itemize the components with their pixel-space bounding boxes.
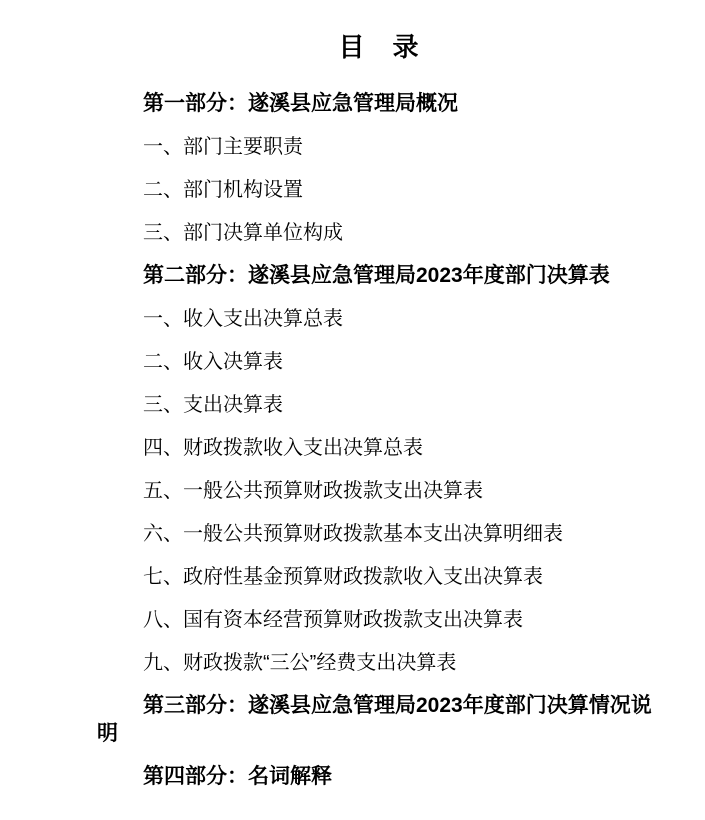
toc-entry-part1-item-2: 二、部门机构设置: [97, 176, 661, 204]
toc-entry-part2-item-7: 七、政府性基金预算财政拨款收入支出决算表: [97, 563, 661, 591]
document-page: 目 录 第一部分：遂溪县应急管理局概况 一、部门主要职责 二、部门机构设置 三、…: [0, 0, 705, 820]
toc-entry-part-4: 第四部分：名词解释: [97, 763, 661, 791]
toc-entry-part-1: 第一部分：遂溪县应急管理局概况: [97, 90, 661, 118]
toc-entry-part2-item-5: 五、一般公共预算财政拨款支出决算表: [97, 477, 661, 505]
toc-title: 目 录: [97, 28, 661, 66]
toc-entry-part2-item-9: 九、财政拨款“三公”经费支出决算表: [97, 649, 661, 677]
toc-content: 目 录 第一部分：遂溪县应急管理局概况 一、部门主要职责 二、部门机构设置 三、…: [0, 0, 705, 791]
toc-entry-part1-item-3: 三、部门决算单位构成: [97, 219, 661, 247]
toc-entry-part2-item-4: 四、财政拨款收入支出决算总表: [97, 434, 661, 462]
toc-entry-part-2: 第二部分：遂溪县应急管理局2023年度部门决算表: [97, 262, 661, 290]
toc-entry-part2-item-6: 六、一般公共预算财政拨款基本支出决算明细表: [97, 520, 661, 548]
toc-entry-part-3: 第三部分：遂溪县应急管理局2023年度部门决算情况说明: [97, 692, 661, 748]
toc-entry-part2-item-8: 八、国有资本经营预算财政拨款支出决算表: [97, 606, 661, 634]
toc-entry-part2-item-1: 一、收入支出决算总表: [97, 305, 661, 333]
toc-entry-part1-item-1: 一、部门主要职责: [97, 133, 661, 161]
toc-entry-part2-item-2: 二、收入决算表: [97, 348, 661, 376]
toc-entry-part2-item-3: 三、支出决算表: [97, 391, 661, 419]
